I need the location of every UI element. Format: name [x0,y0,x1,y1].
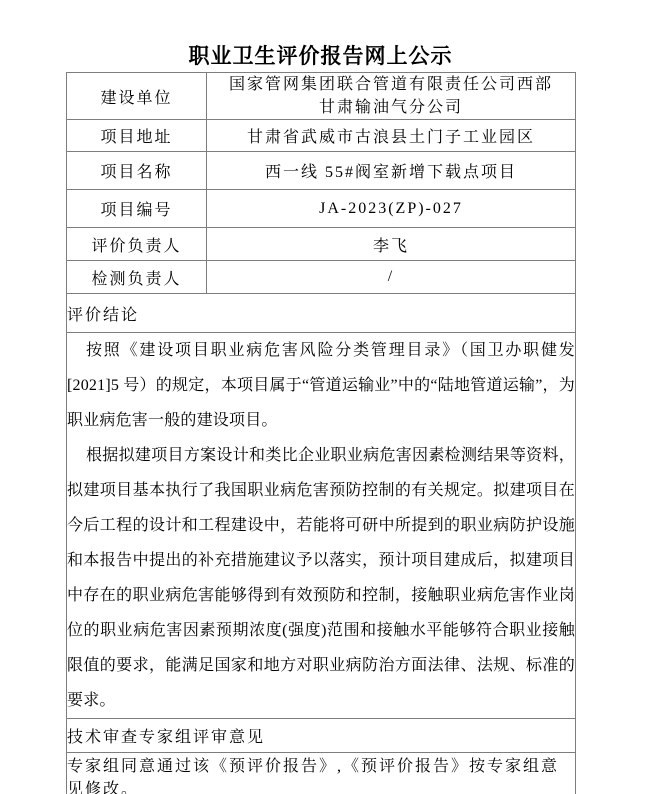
table-row-expert-opinion: 专家组同意通过该《预评价报告》,《预评价报告》按专家组意见修改。 [67,753,576,794]
field-label-project-name: 项目名称 [67,152,207,190]
table-row-project-name: 项目名称 西一线 55#阀室新增下载点项目 [67,152,576,190]
field-value-project-number: JA-2023(ZP)-027 [207,190,576,228]
field-value-evaluation-lead: 李飞 [207,228,576,261]
table-row-conclusion-header: 评价结论 [67,294,576,333]
table-row-project-number: 项目编号 JA-2023(ZP)-027 [67,190,576,228]
conclusion-paragraph-2: 根据拟建项目方案设计和类比企业职业病危害因素检测结果等资料，拟建项目基本执行了我… [67,438,575,718]
field-label-construction-unit: 建设单位 [67,73,207,120]
field-label-evaluation-lead: 评价负责人 [67,228,207,261]
field-value-project-address: 甘肃省武威市古浪县土门子工业园区 [207,120,576,152]
field-value-construction-unit: 国家管网集团联合管道有限责任公司西部 甘肃输油气分公司 [207,73,576,120]
table-row-testing-lead: 检测负责人 / [67,261,576,294]
field-label-project-number: 项目编号 [67,190,207,228]
construction-unit-line1: 国家管网集团联合管道有限责任公司西部 [207,73,575,96]
conclusion-text-cell: 按照《建设项目职业病危害风险分类管理目录》（国卫办职健发[2021]5 号）的规… [67,333,576,719]
page: 职业卫生评价报告网上公示 建设单位 国家管网集团联合管道有限责任公司西部 甘肃输… [0,0,650,794]
expert-review-section-label: 技术审查专家组评审意见 [67,719,576,753]
table-row-project-address: 项目地址 甘肃省武威市古浪县土门子工业园区 [67,120,576,152]
field-label-project-address: 项目地址 [67,120,207,152]
field-value-testing-lead: / [207,261,576,294]
expert-opinion-text: 专家组同意通过该《预评价报告》,《预评价报告》按专家组意见修改。 [67,753,576,794]
conclusion-paragraph-1: 按照《建设项目职业病危害风险分类管理目录》（国卫办职健发[2021]5 号）的规… [67,333,575,438]
page-title: 职业卫生评价报告网上公示 [0,0,575,69]
conclusion-section-label: 评价结论 [67,294,576,333]
publicity-table: 建设单位 国家管网集团联合管道有限责任公司西部 甘肃输油气分公司 项目地址 甘肃… [66,72,576,794]
table-row-construction-unit: 建设单位 国家管网集团联合管道有限责任公司西部 甘肃输油气分公司 [67,73,576,120]
table-row-expert-review-header: 技术审查专家组评审意见 [67,719,576,753]
table-row-conclusion-text: 按照《建设项目职业病危害风险分类管理目录》（国卫办职健发[2021]5 号）的规… [67,333,576,719]
table-row-evaluation-lead: 评价负责人 李飞 [67,228,576,261]
field-label-testing-lead: 检测负责人 [67,261,207,294]
field-value-project-name: 西一线 55#阀室新增下载点项目 [207,152,576,190]
construction-unit-line2: 甘肃输油气分公司 [207,96,575,119]
